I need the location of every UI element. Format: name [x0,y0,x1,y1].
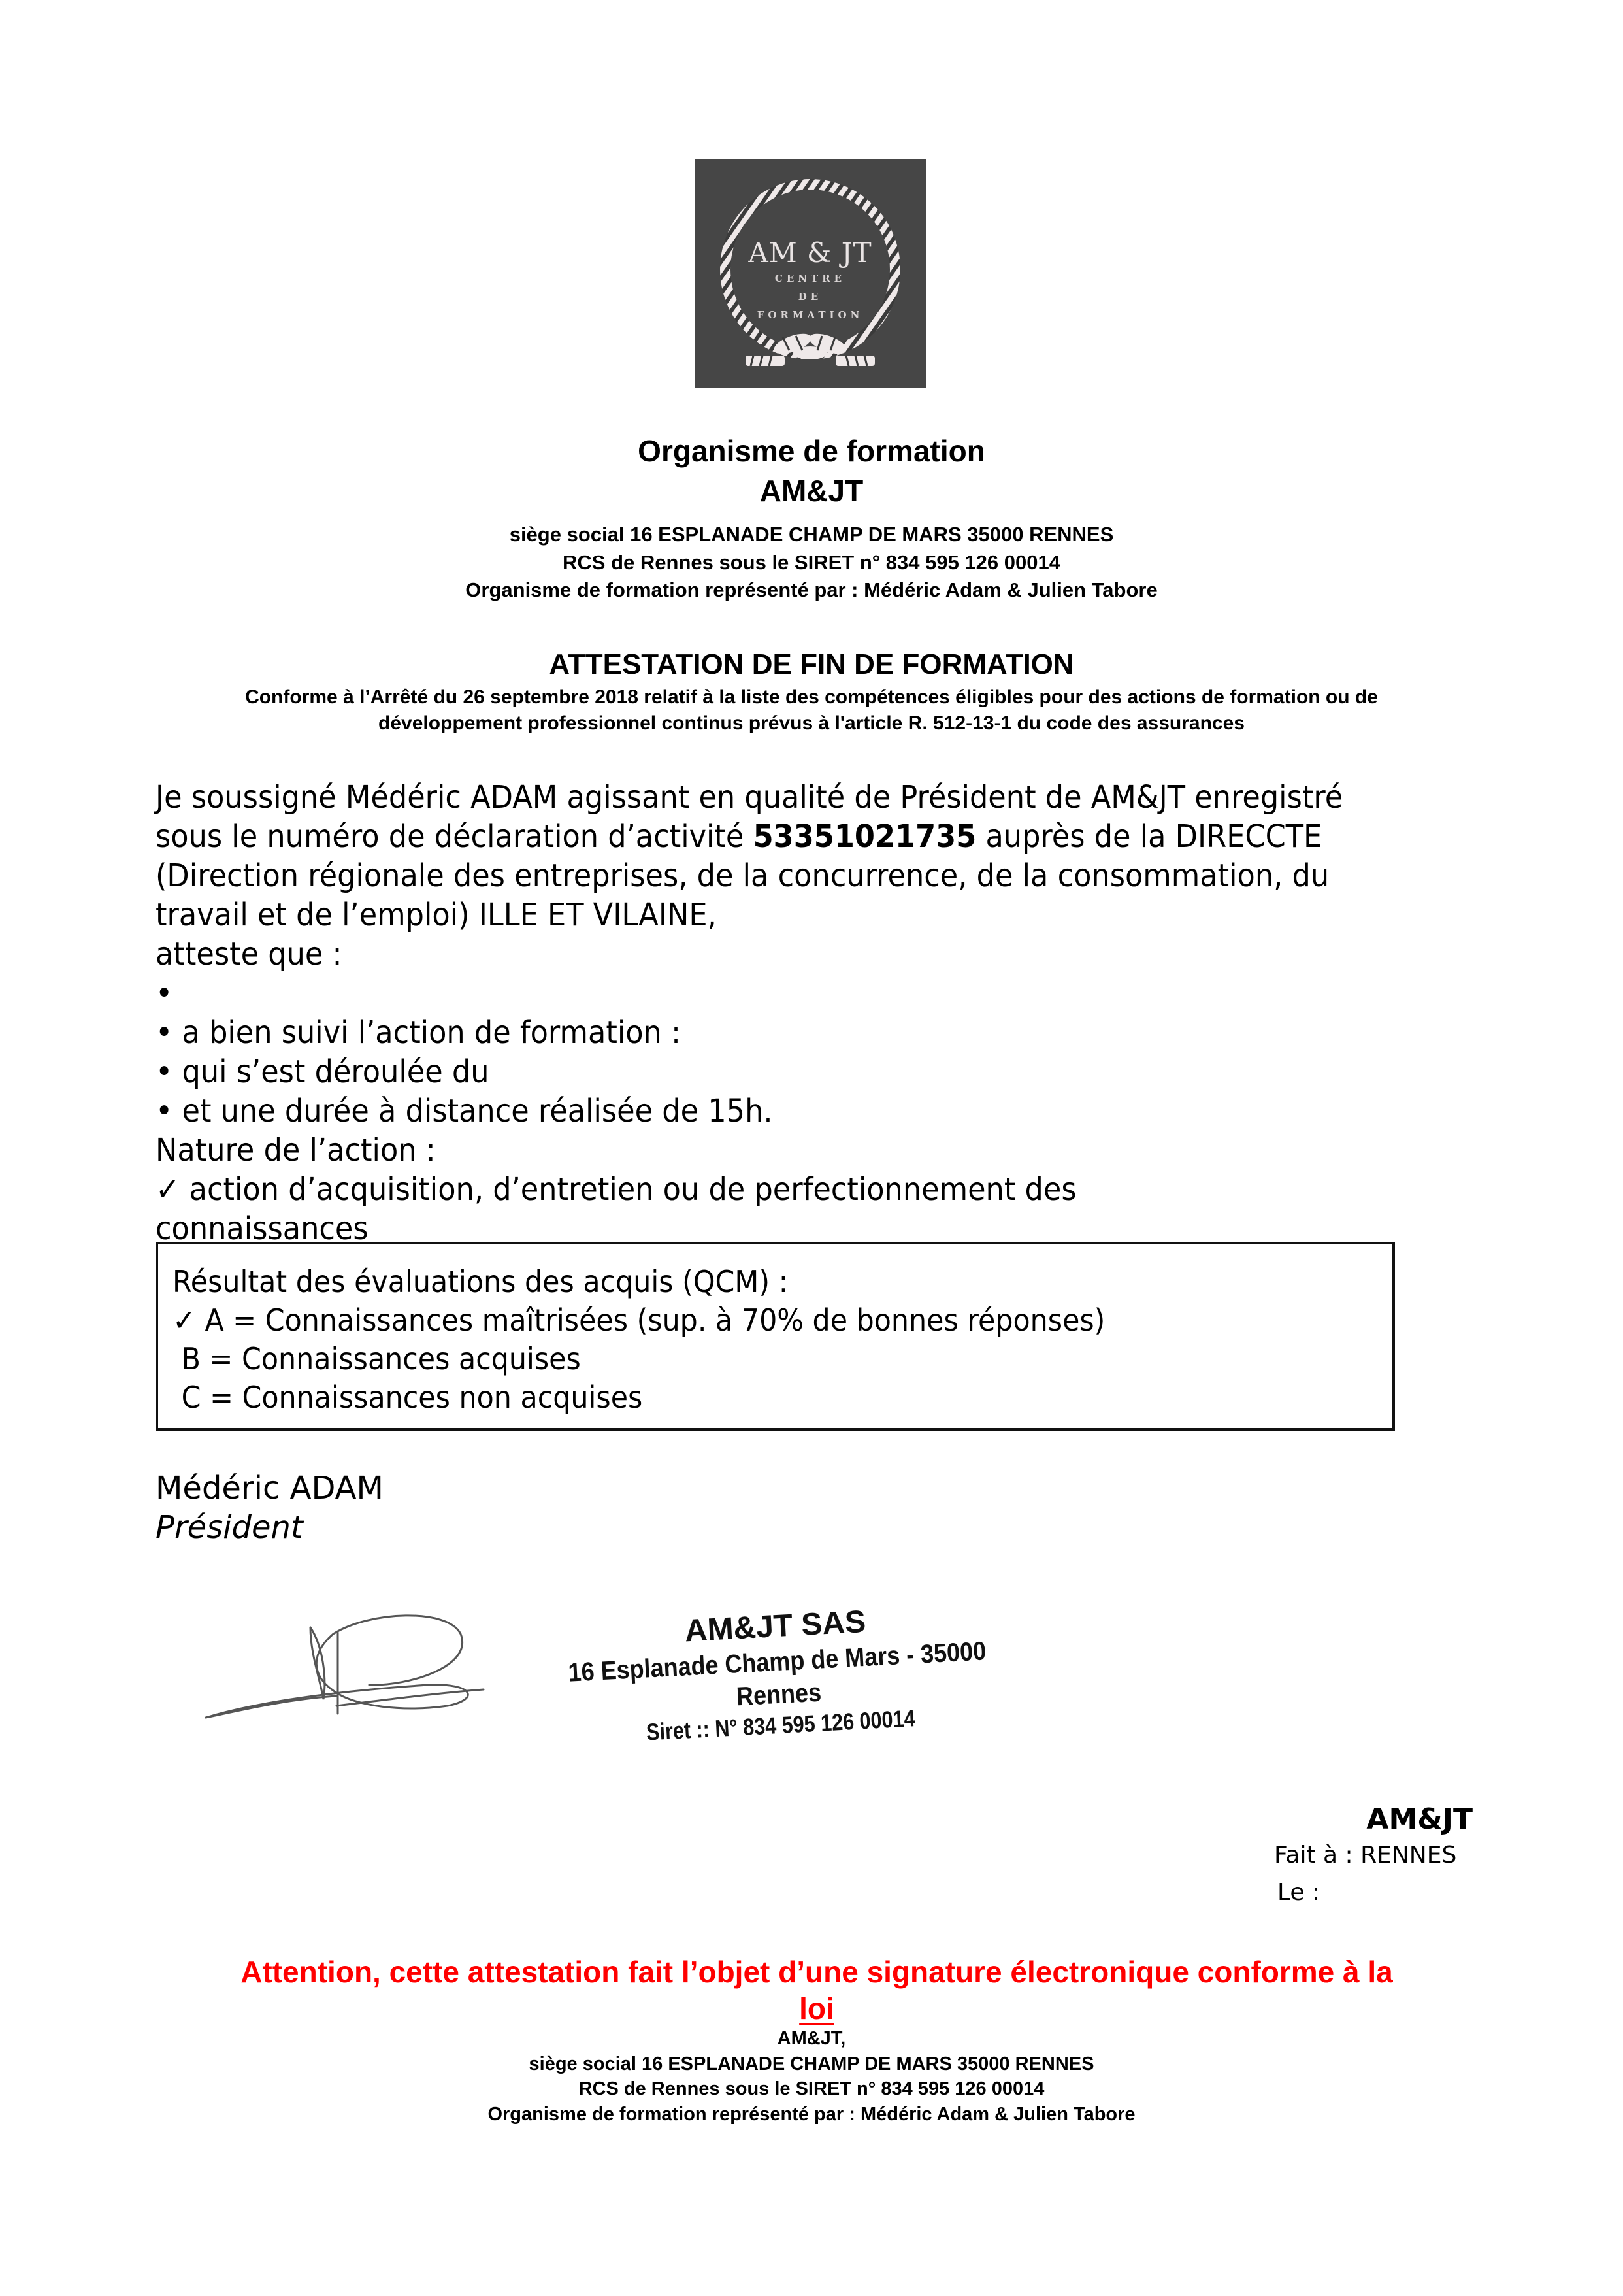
footer-company: AM&JT, [0,2028,1623,2050]
organization-name: AM&JT [0,473,1623,508]
attestation-subtitle-line-1: Conforme à l’Arrêté du 26 septembre 2018… [0,686,1623,708]
nature-value: ✓ action d’acquisition, d’entretien ou d… [156,1170,1077,1209]
footer-rcs: RCS de Rennes sous le SIRET n° 834 595 1… [0,2078,1623,2100]
company-stamp: AM&JT SAS 16 Esplanade Champ de Mars - 3… [514,1594,1042,1746]
organization-rcs: RCS de Rennes sous le SIRET n° 834 595 1… [0,551,1623,574]
bullet-trainee: • [156,974,172,1013]
logo-subtitle-3: FORMATION [695,309,926,321]
handwritten-signature-icon [193,1608,487,1719]
signer-block: Médéric ADAM Président [156,1469,384,1547]
result-option-b: B = Connaissances acquises [172,1340,581,1378]
signer-role: Président [156,1508,384,1547]
body-line-3: (Direction régionale des entreprises, de… [156,856,1329,895]
signer-name: Médéric ADAM [156,1469,384,1508]
result-option-c: C = Connaissances non acquises [172,1378,642,1417]
electronic-signature-warning-continued: loi [157,1991,1477,2027]
closing-place: Fait à : RENNES [1274,1842,1456,1869]
closing-company: AM&JT [1366,1803,1473,1836]
body-line-5: atteste que : [156,935,342,974]
electronic-signature-warning: Attention, cette attestation fait l’obje… [157,1954,1477,1990]
body-line-1: Je soussigné Médéric ADAM agissant en qu… [156,778,1343,817]
declaration-number: 53351021735 [753,818,977,855]
nature-label: Nature de l’action : [156,1131,436,1170]
logo-title: AM & JT [695,237,926,269]
closing-date: Le : [1277,1879,1320,1906]
results-title: Résultat des évaluations des acquis (QCM… [172,1263,788,1301]
body-line-2-suffix: auprès de la DIRECCTE [976,818,1322,855]
organization-address: siège social 16 ESPLANADE CHAMP DE MARS … [0,523,1623,546]
bullet-dates: • qui s’est déroulée du [156,1052,489,1091]
logo-subtitle-1: CENTRE [695,273,926,284]
organization-title: Organisme de formation [0,433,1623,469]
attestation-title: ATTESTATION DE FIN DE FORMATION [0,648,1623,681]
body-line-2: sous le numéro de déclaration d’activité… [156,817,1322,856]
bullet-duration: • et une durée à distance réalisée de 15… [156,1091,773,1131]
footer-representatives: Organisme de formation représenté par : … [0,2104,1623,2125]
attestation-subtitle-line-2: développement professionnel continus pré… [0,712,1623,735]
warning-line-1: Attention, cette attestation fait l’obje… [240,1954,1393,1990]
body-line-4: travail et de l’emploi) ILLE ET VILAINE, [156,895,717,935]
body-line-2-prefix: sous le numéro de déclaration d’activité [156,818,753,855]
warning-line-2: loi [799,1991,834,2025]
evaluation-results-box: Résultat des évaluations des acquis (QCM… [156,1242,1395,1431]
organization-representatives: Organisme de formation représenté par : … [0,578,1623,602]
logo-subtitle-2: DE [695,291,926,303]
result-option-a: ✓ A = Connaissances maîtrisées (sup. à 7… [172,1301,1105,1340]
bullet-training-action: • a bien suivi l’action de formation : [156,1013,681,1052]
company-logo: AM & JT CENTRE DE FORMATION [695,159,926,388]
footer-address: siège social 16 ESPLANADE CHAMP DE MARS … [0,2054,1623,2075]
attestation-body: Je soussigné Médéric ADAM agissant en qu… [156,778,1462,1248]
